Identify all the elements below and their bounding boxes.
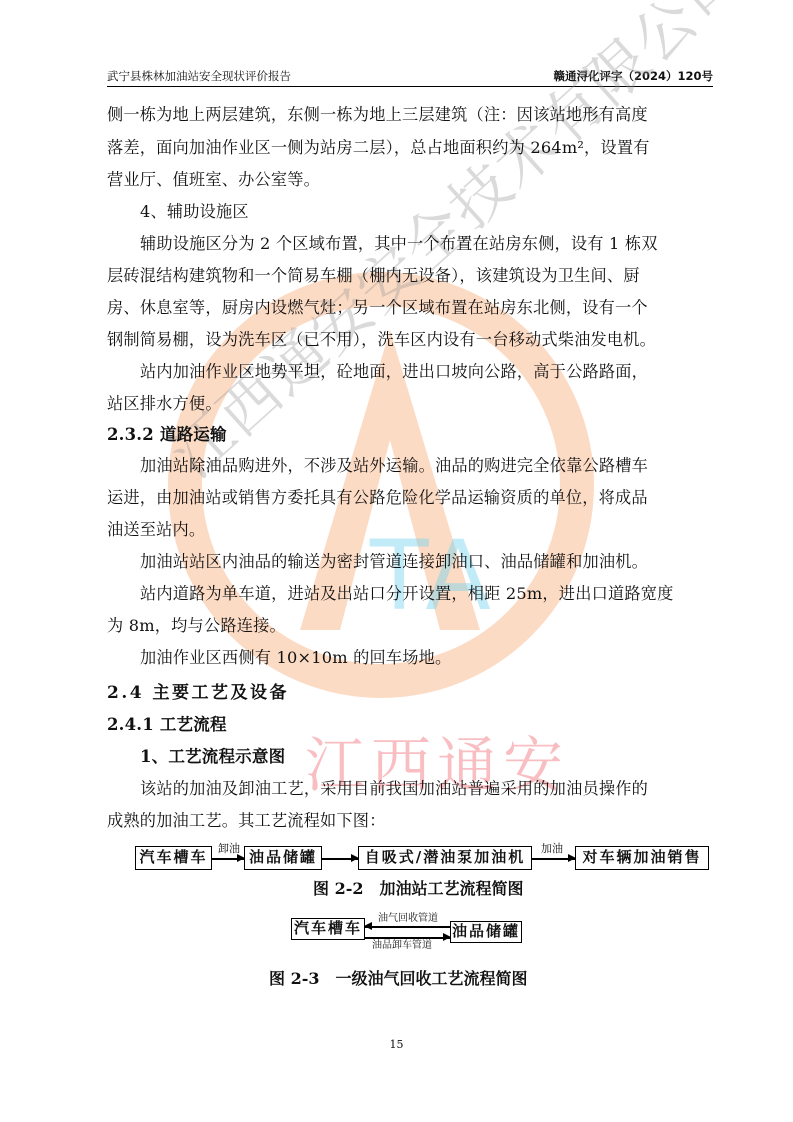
report-title: 武宁县株林加油站安全现状评价报告 [107,68,291,84]
paragraph-line: 加油站站区内油品的输送为密封管道连接卸油口、油品储罐和加油机。 [140,552,715,572]
arrow-label-unload: 卸油 [218,843,240,855]
paragraph-line: 油送至站内。 [107,520,715,540]
page-header: 武宁县株林加油站安全现状评价报告 赣通浔化评字（2024）120号 [107,68,713,87]
section-heading-2-4: 2.4 主要工艺及设备 [107,683,715,703]
paragraph-line: 落差，面向加油作业区一侧为站房二层），总占地面积约为 264m²，设置有 [107,138,715,158]
paragraph-line: 为 8m，均与公路连接。 [107,616,715,636]
section-heading-2-3-2: 2.3.2 道路运输 [107,425,715,445]
paragraph-line: 成熟的加油工艺。其工艺流程如下图： [107,811,715,831]
document-number: 赣通浔化评字（2024）120号 [553,68,713,84]
document-page: TA 江西通安安全技术有限公司 江西通安 武宁县株林加油站安全现状评价报告 赣通… [0,0,793,1122]
paragraph-line: 房、休息室等，厨房内设燃气灶；另一个区域布置在站房东北侧，设有一个 [107,298,715,318]
paragraph-line: 层砖混结构建筑物和一个简易车棚（棚内无设备），该建筑设为卫生间、厨 [107,266,715,286]
paragraph-line: 加油作业区西侧有 10×10m 的回车场地。 [140,648,715,668]
paragraph-line: 辅助设施区分为 2 个区域布置，其中一个布置在站房东侧，设有 1 栋双 [140,234,715,254]
paragraph-line: 该站的加油及卸油工艺，采用目前我国加油站普遍采用的加油员操作的 [140,779,715,799]
arrow-right-icon [212,858,244,860]
arrow-label-unload-pipe: 油品卸车管道 [372,940,432,952]
paragraph-line: 营业厅、值班室、办公室等。 [107,170,715,190]
item-4-title: 4、辅助设施区 [140,202,715,222]
figure-2-3-caption: 图 2-3 一级油气回收工艺流程简图 [269,966,527,989]
paragraph-line: 加油站除油品购进外，不涉及站外运输。油品的购进完全依靠公路槽车 [140,456,715,476]
paragraph-line: 钢制简易棚，设为洗车区（已不用），洗车区内设有一台移动式柴油发电机。 [107,330,715,350]
flow-box-storage-tank: 油品储罐 [450,921,522,943]
paragraph-line: 运进，由加油站或销售方委托具有公路危险化学品运输资质的单位，将成品 [107,488,715,508]
flow-box-dispenser: 自吸式/潜油泵加油机 [358,846,532,870]
flow-box-tanker: 汽车槽车 [135,846,212,870]
arrow-left-icon [365,926,450,928]
flow-box-vehicle-sales: 对车辆加油销售 [575,846,709,870]
arrow-right-icon [365,937,450,939]
arrow-label-vapor-recovery: 油气回收管道 [378,913,438,925]
flow-box-storage-tank: 油品储罐 [244,846,322,870]
arrow-right-icon [322,858,358,860]
paragraph-line: 站区排水方便。 [107,394,715,414]
page-number: 15 [0,1038,793,1051]
figure-2-2-caption: 图 2-2 加油站工艺流程简图 [313,876,523,899]
flow-box-tanker: 汽车槽车 [291,918,365,940]
arrow-label-refuel: 加油 [541,843,563,855]
paragraph-line: 侧一栋为地上两层建筑，东侧一栋为地上三层建筑（注：因该站地形有高度 [107,105,715,125]
item-1-title: 1、工艺流程示意图 [140,747,715,767]
paragraph-line: 站内道路为单车道，进站及出站口分开设置，相距 25m，进出口道路宽度 [140,584,715,604]
section-heading-2-4-1: 2.4.1 工艺流程 [107,715,715,735]
paragraph-line: 站内加油作业区地势平坦，砼地面，进出口坡向公路，高于公路路面， [140,362,715,382]
arrow-right-icon [532,858,575,860]
